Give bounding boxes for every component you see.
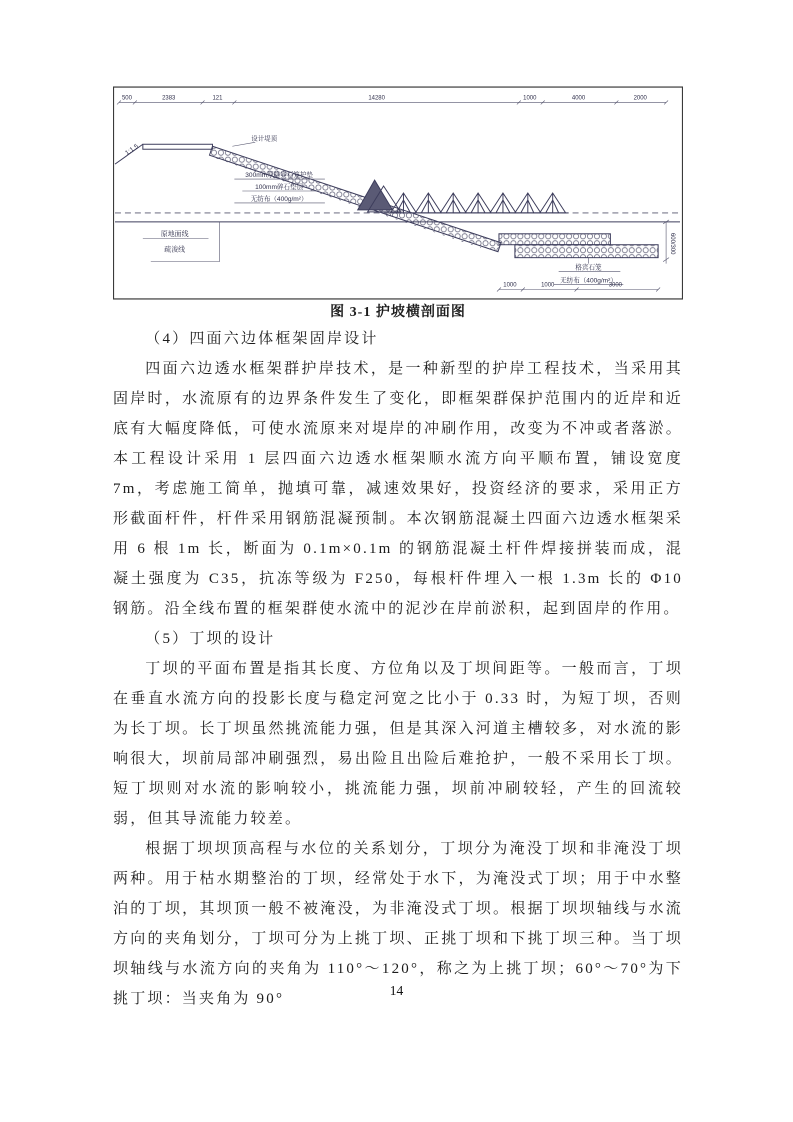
document-body: 500 2383 121 14280 1000 4000 2000 1:1.5 … — [113, 86, 683, 1014]
toe-gabion-apron — [499, 234, 658, 258]
paragraph-frame-revetment: 四面六边透水框架群护岸技术，是一种新型的护岸工程技术，当采用其固岸时，水流原有的… — [113, 354, 683, 624]
slope-ratio-label: 1:1.5 — [124, 143, 140, 157]
toe-labels: 格宾石笼 无纺布（400g/m²） — [554, 258, 624, 285]
dim-top-2383: 2383 — [162, 95, 176, 101]
dredge-line-label: 疏浚线 — [164, 245, 185, 254]
original-ground-line-label: 原地面线 — [161, 229, 189, 238]
dim-bottom-3000: 3000 — [609, 283, 623, 289]
page-number: 14 — [0, 983, 793, 999]
top-dimension-chain: 500 2383 121 14280 1000 4000 2000 — [117, 95, 668, 104]
dim-top-2000: 2000 — [634, 95, 648, 101]
dim-top-14280: 14280 — [368, 95, 385, 101]
layer-note-gravel: 100mm碎石垫层 — [255, 182, 303, 191]
dim-top-500: 500 — [122, 95, 133, 101]
dim-top-4000: 4000 — [572, 95, 586, 101]
figure-3-1: 500 2383 121 14280 1000 4000 2000 1:1.5 … — [113, 86, 683, 300]
frame-group — [358, 180, 569, 213]
dim-bottom-1000b: 1000 — [541, 283, 555, 289]
dim-right-600-300: 600/300 — [669, 233, 675, 255]
right-dimension: 600/300 — [663, 220, 675, 264]
crest-label: 设计堤顶 — [251, 133, 277, 142]
document-page: 500 2383 121 14280 1000 4000 2000 1:1.5 … — [0, 0, 793, 1122]
heading-item-5: （5）丁坝的设计 — [113, 624, 683, 654]
dim-top-1000: 1000 — [523, 95, 537, 101]
layer-note-gabion: 300mm厚格宾石笼护垫 — [245, 170, 313, 179]
heading-item-4: （4）四面六边体框架固岸设计 — [113, 324, 683, 354]
layer-note-geotextile: 无纺布（400g/m²） — [251, 194, 308, 203]
toe-label-gabion: 格宾石笼 — [575, 263, 602, 272]
paragraph-spur-dike-1: 丁坝的平面布置是指其长度、方位角以及丁坝间距等。一般而言，丁坝在垂直水流方向的投… — [113, 654, 683, 834]
ground-line-labels: 原地面线 疏浚线 — [143, 222, 220, 262]
dim-top-121: 121 — [212, 95, 223, 101]
dim-bottom-1000a: 1000 — [503, 283, 517, 289]
revetment-cross-section-drawing: 500 2383 121 14280 1000 4000 2000 1:1.5 … — [113, 86, 683, 300]
figure-caption: 图 3-1 护坡横剖面图 — [113, 303, 683, 323]
